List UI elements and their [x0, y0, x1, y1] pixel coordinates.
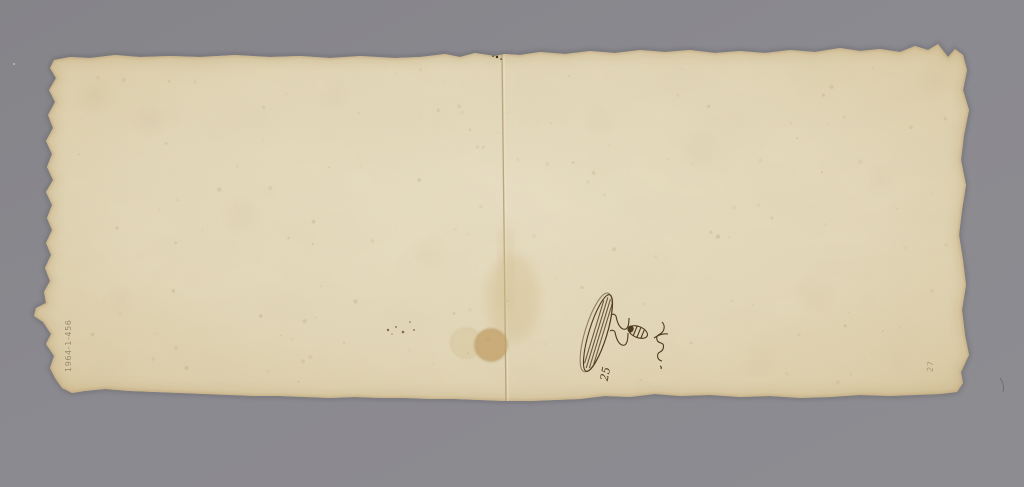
accession-number-inscription: 1964-1-456	[64, 320, 73, 373]
paper-aging-layers: 25 1964-1-456 27	[30, 35, 990, 415]
fold-stain-streak	[498, 228, 514, 313]
artifact-photo-canvas: 25 1964-1-456 27	[0, 0, 1024, 487]
dust-speck	[13, 63, 15, 65]
photograph-of-document: 25 1964-1-456 27	[0, 0, 1024, 487]
paper-grain	[30, 35, 990, 415]
corner-number-inscription: 27	[926, 360, 936, 372]
seal-stain-dark	[475, 329, 507, 361]
